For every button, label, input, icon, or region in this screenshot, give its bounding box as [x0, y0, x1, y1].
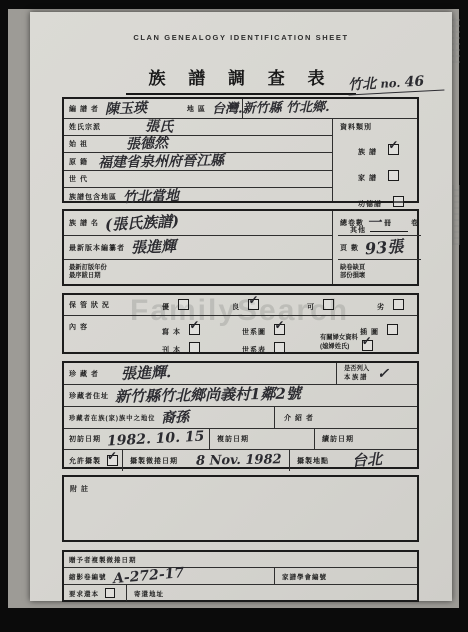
row-volumes: 總卷數 一 冊 卷 [338, 211, 421, 236]
illustration-checkbox [387, 324, 398, 335]
address-value: 新竹縣竹北鄉尚義村1鄰2號 [115, 386, 301, 404]
row-clan: 姓氏宗派 張氏 [64, 119, 332, 136]
clan-value: 張氏 [145, 120, 173, 135]
row-generations: 世 代 [64, 171, 332, 188]
content-print: 刊 本 [162, 339, 200, 357]
manuscript-label: 寫 本 [162, 329, 181, 336]
row-coverage: 族譜包含地區 竹北當地 [64, 188, 332, 205]
holder-value: 張進輝. [121, 365, 172, 382]
chart-checkbox: ✓ [274, 324, 285, 335]
manuscript-checkbox: ✓ [189, 324, 200, 335]
introducer-label: 介 紹 者 [284, 413, 314, 423]
check-mark: ✓ [189, 318, 199, 332]
film-place-value: 台北 [352, 452, 383, 469]
volumes-value: 一 [367, 216, 381, 230]
return-checkbox [105, 588, 115, 598]
content-table: 世系表 [242, 339, 285, 357]
position-label: 珍藏者在族(家)族中之地位 [69, 413, 155, 422]
origin-value: 福建省泉州府晉江縣 [98, 153, 224, 169]
title-label: 族 譜 名 [69, 218, 99, 228]
visit1-label: 初訪日期 [69, 434, 101, 444]
section-notes: 附 註 [62, 475, 419, 542]
film-date-label: 攝製微捲日期 [130, 456, 178, 466]
coverage-value: 竹北當地 [123, 189, 179, 205]
film-place-label: 攝製地點 [297, 456, 329, 466]
cat2-label: 家 譜 [358, 175, 377, 182]
content-label: 內 容 [69, 322, 88, 332]
row-edition-year: 最新訂版年份最序跋日期 [64, 260, 332, 284]
editor-value: 張進輝 [131, 239, 177, 256]
serial-number: 竹北 no. 46 [348, 72, 445, 96]
check-mark: ✓ [388, 138, 398, 152]
included-cell: 是否列入本 族 譜 ✓ [344, 365, 389, 382]
row-condition: 保 管 狀 況 優 良 ✓ 可 劣 [64, 295, 417, 316]
cell-divider [209, 429, 210, 449]
ancestor-value: 張德然 [126, 136, 168, 151]
microfilm-scan-frame: CLAN GENEALOGY IDENTIFICATION SHEET 族 譜 … [0, 0, 468, 632]
row-visit-dates: 初訪日期 1982. 10. 15 複訪日期 續訪日期 [64, 429, 417, 450]
row-holder-position: 珍藏者在族(家)族中之地位 裔孫 介 紹 者 [64, 407, 417, 429]
form-title: 族 譜 調 查 表 [126, 64, 356, 95]
holder-label: 珍 藏 者 [69, 369, 99, 379]
section-condition-content: 保 管 狀 況 優 良 ✓ 可 劣 內 容 [62, 293, 419, 354]
print-checkbox [189, 342, 200, 353]
cell-divider [122, 450, 123, 471]
category-label: 資料類別 [340, 122, 408, 132]
cat1-checkbox: ✓ [388, 144, 399, 155]
pages-value: 93張 [364, 238, 403, 257]
cell-divider [126, 585, 127, 601]
visit2-label: 複訪日期 [217, 434, 249, 444]
row-return: 要求還本 寄還地址 [64, 585, 417, 601]
missing-label: 缺卷缺頁部份損壞 [340, 264, 365, 281]
women-checkbox: ✓ [362, 340, 373, 351]
cell-divider [274, 568, 275, 584]
chart-label: 世系圖 [242, 329, 266, 336]
section-holder: 珍 藏 者 張進輝. 是否列入本 族 譜 ✓ 珍藏者住址 新竹縣竹北鄉尚義村1鄰… [62, 361, 419, 469]
check-mark: ✓ [107, 449, 117, 463]
included-label: 是否列入本 族 譜 [344, 365, 369, 382]
check-mark: ✓ [362, 334, 372, 348]
visit1-value: 1982. 10. 15 [107, 429, 205, 448]
title-value: (張氏族譜) [105, 214, 180, 233]
category-option-genealogy: 族 譜 ✓ [358, 141, 408, 159]
content-women: 有關婦女資料(媳婦姓氏) ✓ [320, 334, 373, 351]
edition-year-label: 最新訂版年份最序跋日期 [69, 264, 107, 281]
row-compiler-area: 編 譜 者 陳玉瑛 地 區 台灣.新竹縣 竹北鄉. [64, 99, 417, 119]
volumes-column-divider [332, 211, 333, 284]
cat3-checkbox [393, 196, 404, 207]
women-label: 有關婦女資料(媳婦姓氏) [320, 334, 358, 351]
area-label: 地 區 [187, 104, 206, 114]
ancestor-label: 始 祖 [69, 139, 88, 149]
row-missing: 缺卷缺頁部份損壞 [338, 260, 421, 284]
serial-no-label: no. [380, 76, 401, 91]
editor-label: 最新版本編纂者 [69, 243, 125, 253]
cond3-checkbox [323, 299, 334, 310]
cat3-label: 功德譜 [358, 201, 382, 208]
row-origin: 原 籍 福建省泉州府晉江縣 [64, 153, 332, 171]
row-editor: 最新版本編纂者 張進輝 [64, 236, 332, 260]
cond4-checkbox [393, 299, 404, 310]
serial-value: 46 [404, 74, 424, 91]
content-manuscript: 寫 本 ✓ [162, 321, 200, 339]
table-label: 世系表 [242, 347, 266, 354]
table-checkbox [274, 342, 285, 353]
cond1-label: 優 [162, 304, 170, 311]
compiler-label: 編 譜 者 [69, 104, 99, 114]
form-paper: CLAN GENEALOGY IDENTIFICATION SHEET 族 譜 … [30, 12, 452, 601]
row-gift-date: 贈予者複製微捲日期 [64, 552, 417, 568]
generations-label: 世 代 [69, 174, 88, 184]
cell-divider [314, 429, 315, 449]
serial-prefix: 竹北 [348, 76, 377, 93]
area-value: 台灣.新竹縣 竹北鄉. [212, 101, 330, 116]
condition-poor: 劣 [377, 296, 404, 314]
condition-fair: 可 [307, 296, 334, 314]
category-column-divider [332, 119, 333, 201]
cond2-label: 良 [232, 304, 240, 311]
volumes-unit-ce: 冊 [384, 218, 392, 228]
return-label: 要求還本 [69, 589, 99, 598]
row-holder-address: 珍藏者住址 新竹縣竹北鄉尚義村1鄰2號 [64, 385, 417, 407]
category-option-family: 家 譜 [358, 167, 408, 185]
clan-label: 姓氏宗派 [69, 122, 101, 132]
row-filming: 允許攝製 ✓ 攝製微捲日期 8 Nov. 1982 攝製地點 台北 [64, 450, 417, 471]
cat1-label: 族 譜 [358, 149, 377, 156]
print-label: 刊 本 [162, 347, 181, 354]
cat2-checkbox [388, 170, 399, 181]
pages-label: 頁 數 [340, 243, 359, 253]
section-edition: 族 譜 名 (張氏族譜) 最新版本編纂者 張進輝 最新訂版年份最序跋日期 總卷數 [62, 209, 419, 286]
condition-excellent: 優 [162, 296, 189, 314]
coverage-label: 族譜包含地區 [69, 192, 117, 202]
return-address-label: 寄還地址 [134, 589, 164, 598]
row-pages: 頁 數 93張 [338, 236, 421, 260]
compiler-value: 陳玉瑛 [105, 101, 147, 116]
row-ancestor: 始 祖 張德然 [64, 136, 332, 153]
position-value: 裔孫 [161, 410, 189, 425]
check-mark: ✓ [274, 318, 284, 332]
cond4-label: 劣 [377, 304, 385, 311]
row-film-number: 縮影卷編號 A-272-17 家譜學會編號 [64, 568, 417, 585]
film-number-label: 縮影卷編號 [69, 572, 107, 581]
condition-good: 良 ✓ [232, 296, 259, 314]
condition-label: 保 管 狀 況 [69, 300, 110, 310]
content-chart: 世系圖 ✓ [242, 321, 285, 339]
notes-label: 附 註 [70, 484, 89, 494]
row-title: 族 譜 名 (張氏族譜) [64, 211, 332, 236]
permit-label: 允許攝製 [69, 456, 101, 466]
section-filing: 贈予者複製微捲日期 縮影卷編號 A-272-17 家譜學會編號 要求還本 寄還地… [62, 550, 419, 602]
cond3-label: 可 [307, 304, 315, 311]
origin-label: 原 籍 [69, 157, 88, 167]
society-number-label: 家譜學會編號 [282, 572, 327, 581]
cell-divider [289, 450, 290, 471]
film-date-value: 8 Nov. 1982 [196, 453, 282, 467]
row-content: 內 容 寫 本 ✓ 世系圖 ✓ 插 圖 刊 本 世 [64, 316, 417, 354]
volumes-label: 總卷數 [340, 218, 364, 228]
gift-date-label: 贈予者複製微捲日期 [69, 555, 137, 564]
volumes-unit-juan: 卷 [411, 218, 419, 228]
section-identity: 編 譜 者 陳玉瑛 地 區 台灣.新竹縣 竹北鄉. 姓氏宗派 張氏 始 祖 張德… [62, 97, 419, 203]
cond1-checkbox [178, 299, 189, 310]
permit-checkbox: ✓ [107, 455, 118, 466]
form-english-title: CLAN GENEALOGY IDENTIFICATION SHEET [30, 33, 452, 42]
row-holder: 珍 藏 者 張進輝. 是否列入本 族 譜 ✓ [64, 363, 417, 385]
cond2-checkbox: ✓ [248, 299, 259, 310]
address-label: 珍藏者住址 [69, 391, 109, 401]
visit3-label: 續訪日期 [322, 434, 354, 444]
film-number-value: A-272-17 [112, 566, 184, 586]
check-mark: ✓ [248, 293, 258, 307]
included-check: ✓ [377, 367, 389, 381]
cell-divider [274, 407, 275, 428]
cell-divider [336, 363, 337, 384]
